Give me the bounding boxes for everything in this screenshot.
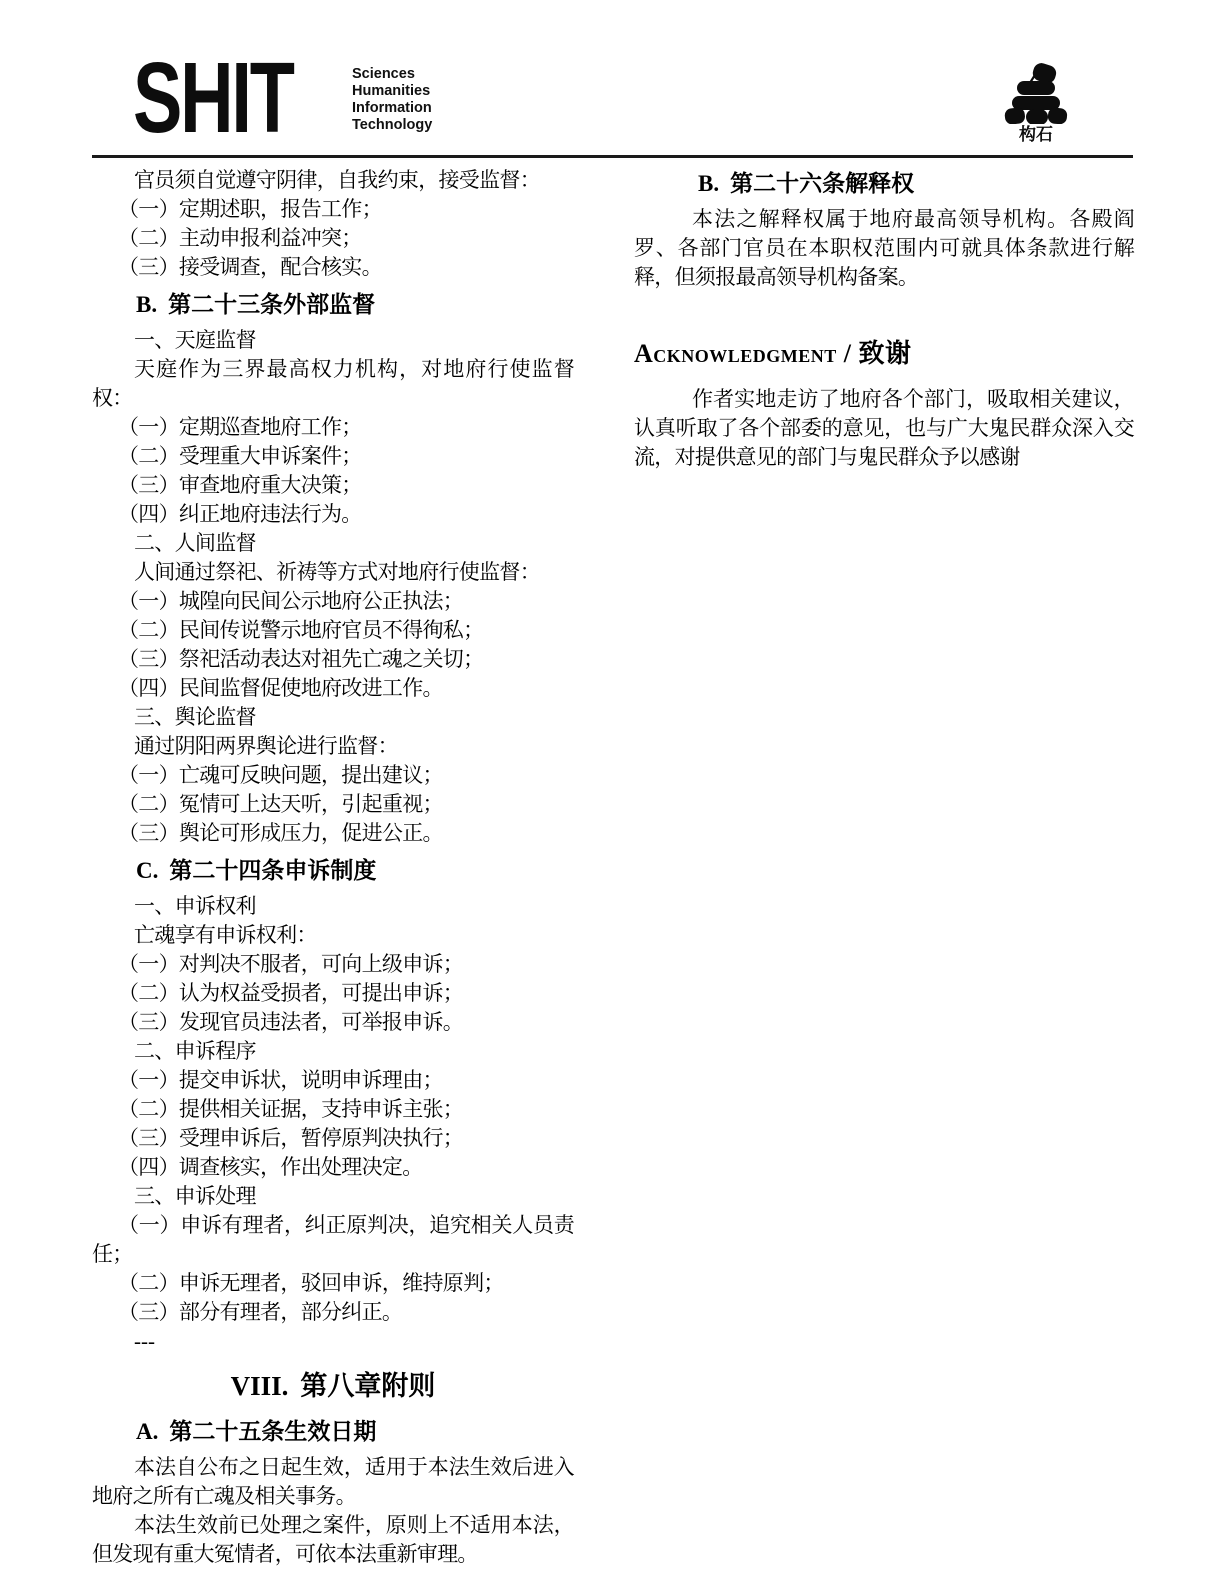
list-item: （二）受理重大申诉案件； — [92, 442, 574, 471]
section-number: A. — [136, 1419, 158, 1444]
paper-page: SHIT Sciences Humanities Information Tec… — [0, 0, 1224, 1584]
section-title: 第八章附则 — [300, 1371, 435, 1401]
paragraph: 人间通过祭祀、祈祷等方式对地府行使监督： — [92, 558, 574, 587]
paragraph: 一、天庭监督 — [92, 326, 574, 355]
section-heading: C.第二十四条申诉制度 — [136, 855, 574, 887]
paragraph: 官员须自觉遵守阴律，自我约束，接受监督： — [92, 166, 574, 195]
paragraph: 二、人间监督 — [92, 529, 574, 558]
paragraph: 本法自公布之日起生效，适用于本法生效后进入地府之所有亡魂及相关事务。 — [92, 1453, 574, 1511]
stone-pile-icon — [1004, 58, 1068, 124]
list-item: （三）部分有理者，部分纠正。 — [92, 1298, 574, 1327]
org-label: 构石 — [1002, 125, 1070, 145]
paragraph: 本法生效前已处理之案件，原则上不适用本法，但发现有重大冤情者，可依本法重新审理。 — [92, 1511, 574, 1569]
list-item: （一）提交申诉状，说明申诉理由； — [92, 1066, 574, 1095]
logo-subtitle-line: Sciences — [352, 66, 432, 83]
list-item: （三）祭祀活动表达对祖先亡魂之关切； — [92, 645, 574, 674]
list-item: （一）亡魂可反映问题，提出建议； — [92, 761, 574, 790]
section-number: C. — [136, 858, 158, 883]
section-heading: B.第二十三条外部监督 — [136, 289, 574, 321]
list-item: （四）纠正地府违法行为。 — [92, 500, 574, 529]
header-rule — [92, 155, 1133, 158]
logo-subtitle-line: Information — [352, 100, 432, 117]
list-item: （一）城隍向民间公示地府公正执法； — [92, 587, 574, 616]
list-item: （三）舆论可形成压力，促进公正。 — [92, 819, 574, 848]
paragraph: 天庭作为三界最高权力机构，对地府行使监督权： — [92, 355, 574, 413]
section-title: 第二十三条外部监督 — [168, 292, 375, 317]
separator-dashes: --- — [92, 1327, 574, 1356]
list-item: （二）提供相关证据，支持申诉主张； — [92, 1095, 574, 1124]
paragraph: 通过阴阳两界舆论进行监督： — [92, 732, 574, 761]
logo-subtitle-line: Technology — [352, 117, 432, 134]
paragraph: 二、申诉程序 — [92, 1037, 574, 1066]
paragraph: 三、申诉处理 — [92, 1182, 574, 1211]
paragraph: 本法之解释权属于地府最高领导机构。各殿阎罗、各部门官员在本职权范围内可就具体条款… — [634, 205, 1134, 292]
list-item: （二）主动申报利益冲突； — [92, 224, 574, 253]
org-mark: 构石 — [1002, 58, 1070, 145]
list-item: （四）调查核实，作出处理决定。 — [92, 1153, 574, 1182]
list-item: （三）发现官员违法者，可举报申诉。 — [92, 1008, 574, 1037]
list-item: （三）审查地府重大决策； — [92, 471, 574, 500]
shit-logo: SHIT — [133, 48, 293, 148]
list-item: （二）冤情可上达天听，引起重视； — [92, 790, 574, 819]
list-item: （一）定期巡查地府工作； — [92, 413, 574, 442]
logo-subtitle: Sciences Humanities Information Technolo… — [352, 66, 432, 134]
logo-subtitle-line: Humanities — [352, 83, 432, 100]
section-number: B. — [136, 292, 157, 317]
list-item: （一）对判决不服者，可向上级申诉； — [92, 950, 574, 979]
paragraph: 亡魂享有申诉权利： — [92, 921, 574, 950]
list-item: （二）申诉无理者，驳回申诉，维持原判； — [92, 1269, 574, 1298]
acknowledgment-heading: Acknowledgment / 致谢 — [634, 336, 1134, 372]
list-item: （三）受理申诉后，暂停原判决执行； — [92, 1124, 574, 1153]
chapter-heading: VIII.第八章附则 — [92, 1368, 574, 1404]
section-title: 第二十五条生效日期 — [169, 1419, 376, 1444]
section-heading: A.第二十五条生效日期 — [136, 1416, 574, 1448]
list-item: （四）民间监督促使地府改进工作。 — [92, 674, 574, 703]
left-column: 官员须自觉遵守阴律，自我约束，接受监督：（一）定期述职，报告工作；（二）主动申报… — [92, 166, 574, 1569]
list-item: （一）定期述职，报告工作； — [92, 195, 574, 224]
list-item: （二）民间传说警示地府官员不得徇私； — [92, 616, 574, 645]
list-item: （三）接受调查，配合核实。 — [92, 253, 574, 282]
paragraph: 一、申诉权利 — [92, 892, 574, 921]
section-number: B. — [698, 171, 719, 196]
paragraph: 三、舆论监督 — [92, 703, 574, 732]
list-item: （一）申诉有理者，纠正原判决，追究相关人员责任； — [92, 1211, 574, 1269]
section-title: 第二十六条解释权 — [730, 171, 914, 196]
section-heading: B.第二十六条解释权 — [698, 168, 1134, 200]
section-number: VIII. — [231, 1371, 289, 1401]
section-title: 第二十四条申诉制度 — [169, 858, 376, 883]
paragraph: 作者实地走访了地府各个部门，吸取相关建议，认真听取了各个部委的意见，也与广大鬼民… — [634, 385, 1134, 472]
right-column: B.第二十六条解释权本法之解释权属于地府最高领导机构。各殿阎罗、各部门官员在本职… — [634, 166, 1134, 472]
list-item: （二）认为权益受损者，可提出申诉； — [92, 979, 574, 1008]
